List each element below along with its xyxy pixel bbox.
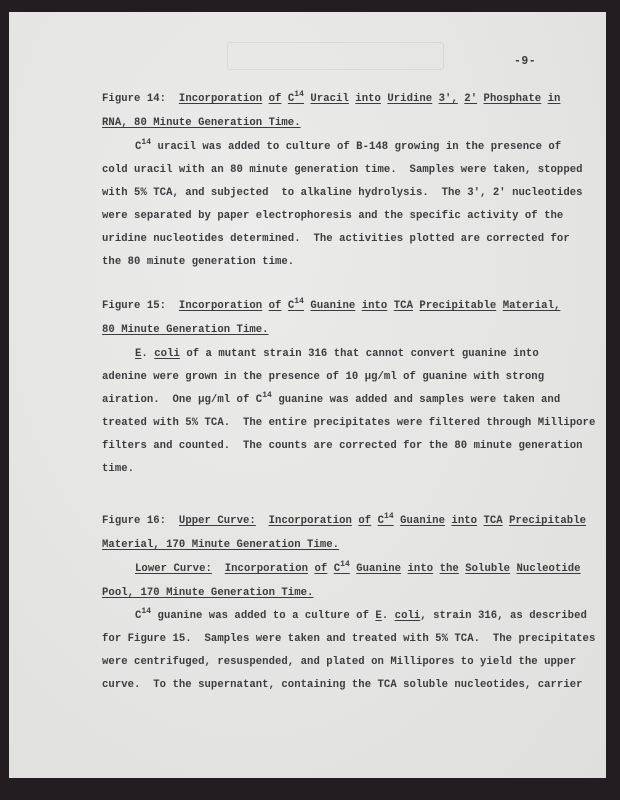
figure16-para-line3: were centrifuged, resuspended, and plate…: [102, 655, 576, 669]
figure16-lower-line2: Pool, 170 Minute Generation Time.: [102, 586, 313, 600]
figure14-title-text: Incorporation: [179, 93, 262, 105]
document-page: -9- Figure 14: Incorporation of C14 Urac…: [9, 12, 606, 778]
figure16-upper-line1: Figure 16: Upper Curve: Incorporation of…: [102, 514, 586, 528]
figure16-para-line2: for Figure 15. Samples were taken and tr…: [102, 632, 595, 646]
figure15-para-line3: airation. One µg/ml of C14 guanine was a…: [102, 393, 560, 407]
figure15-para-line6: time.: [102, 462, 134, 476]
figure16-upper-line2: Material, 170 Minute Generation Time.: [102, 538, 339, 552]
faded-stamp: [227, 42, 444, 70]
figure16-para-line4: curve. To the supernatant, containing th…: [102, 678, 583, 692]
figure16-para-line1: C14 guanine was added to a culture of E.…: [135, 609, 587, 623]
figure15-para-line1: E. coli of a mutant strain 316 that cann…: [135, 347, 539, 361]
figure14-para-line2: cold uracil with an 80 minute generation…: [102, 163, 583, 177]
figure14-para-line1: C14 uracil was added to culture of B-148…: [135, 140, 561, 154]
figure14-title-line2: RNA, 80 Minute Generation Time.: [102, 116, 301, 130]
figure15-para-line5: filters and counted. The counts are corr…: [102, 439, 583, 453]
figure14-para-line5: uridine nucleotides determined. The acti…: [102, 232, 570, 246]
figure14-label: Figure 14:: [102, 93, 166, 105]
figure15-title-line1: Figure 15: Incorporation of C14 Guanine …: [102, 299, 560, 313]
figure14-para-line4: were separated by paper electrophoresis …: [102, 209, 563, 223]
figure14-para-line6: the 80 minute generation time.: [102, 255, 294, 269]
figure14-title-line1: Figure 14: Incorporation of C14 Uracil i…: [102, 92, 560, 106]
figure15-para-line4: treated with 5% TCA. The entire precipit…: [102, 416, 595, 430]
page-number: -9-: [514, 55, 536, 68]
figure16-lower-line1: Lower Curve: Incorporation of C14 Guanin…: [135, 562, 581, 576]
figure14-para-line3: with 5% TCA, and subjected to alkaline h…: [102, 186, 583, 200]
figure15-para-line2: adenine were grown in the presence of 10…: [102, 370, 544, 384]
figure15-title-line2: 80 Minute Generation Time.: [102, 323, 269, 337]
